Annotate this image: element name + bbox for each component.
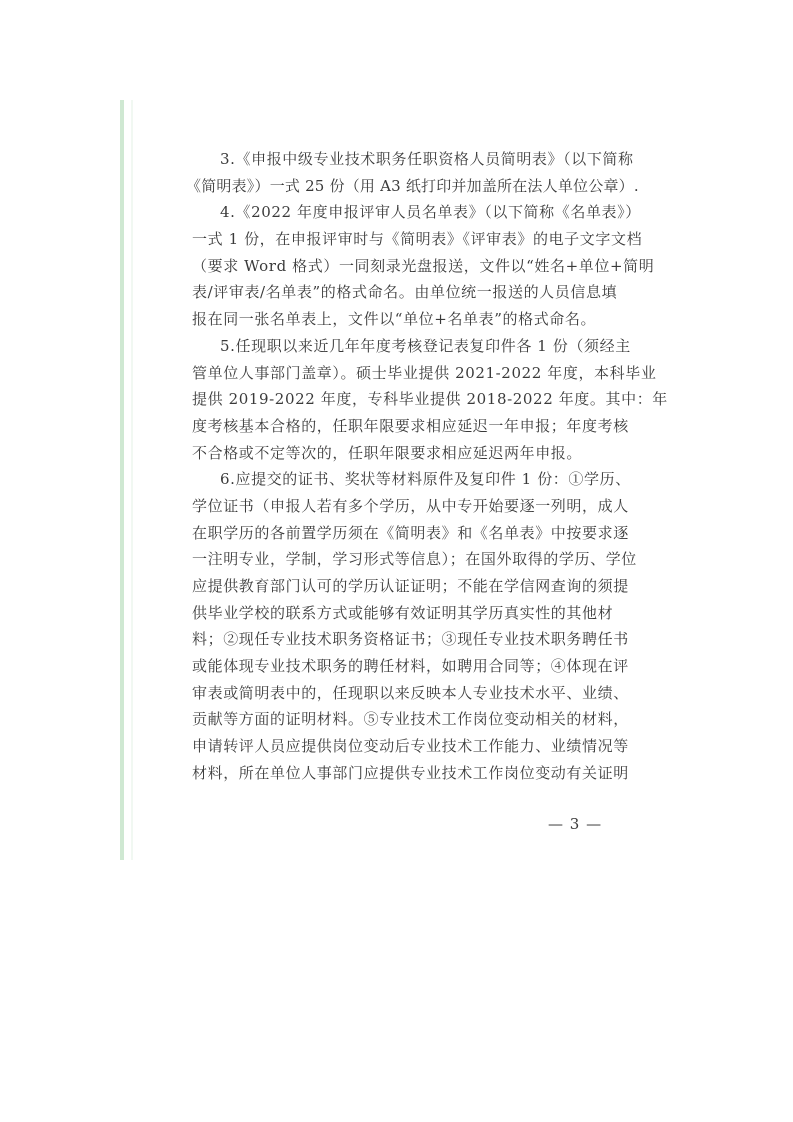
page-number: — 3 — [548,815,602,833]
paragraph-6-line-1: 6.应提交的证书、奖状等材料原件及复印件 1 份：①学历、 [192,466,606,493]
paragraph-6-line-9: 审表或简明表中的，任现职以来反映本人专业技术水平、业绩、 [192,680,606,707]
paragraph-4-line-5: 报在同一张名单表上，文件以“单位+名单表”的格式命名。 [192,306,606,333]
paragraph-6-line-7: 料；②现任专业技术职务资格证书；③现任专业技术职务聘任书 [192,626,606,653]
paragraph-5-line-3: 提供 2019-2022 年度，专科毕业提供 2018-2022 年度。其中：年 [192,386,606,413]
paragraph-5-line-4: 度考核基本合格的，任职年限要求相应延迟一年申报；年度考核 [192,413,606,440]
paragraph-4-line-1: 4.《2022 年度申报评审人员名单表》（以下简称《名单表》） [192,199,606,226]
document-page: 3.《申报中级专业技术职务任职资格人员简明表》（以下简称 《简明表》）一式 25… [0,0,793,1122]
paragraph-5-line-2: 管单位人事部门盖章）。硕士毕业提供 2021-2022 年度，本科毕业 [192,360,606,387]
paragraph-6-line-11: 申请转评人员应提供岗位变动后专业技术工作能力、业绩情况等 [192,733,606,760]
margin-bar [120,100,124,860]
paragraph-5-line-1: 5.任现职以来近几年年度考核登记表复印件各 1 份（须经主 [192,333,606,360]
paragraph-6-line-10: 贡献等方面的证明材料。⑤专业技术工作岗位变动相关的材料， [192,706,606,733]
paragraph-6-line-8: 或能体现专业技术职务的聘任材料，如聘用合同等；④体现在评 [192,653,606,680]
body-text: 3.《申报中级专业技术职务任职资格人员简明表》（以下简称 《简明表》）一式 25… [192,146,606,787]
paragraph-4-line-3: （要求 Word 格式）一同刻录光盘报送，文件以“姓名+单位+简明 [192,253,606,280]
paragraph-6-line-12: 材料，所在单位人事部门应提供专业技术工作岗位变动有关证明 [192,760,606,787]
paragraph-3-line-1: 3.《申报中级专业技术职务任职资格人员简明表》（以下简称 [192,146,606,173]
paragraph-6-line-2: 学位证书（申报人若有多个学历，从中专开始要逐一列明，成人 [192,493,606,520]
paragraph-4-line-4: 表/评审表/名单表”的格式命名。由单位统一报送的人员信息填 [192,279,606,306]
paragraph-6-line-3: 在职学历的各前置学历须在《简明表》和《名单表》中按要求逐 [192,520,606,547]
paragraph-6-line-6: 供毕业学校的联系方式或能够有效证明其学历真实性的其他材 [192,600,606,627]
paragraph-6-line-4: 一注明专业，学制，学习形式等信息）；在国外取得的学历、学位 [192,546,606,573]
paragraph-6-line-5: 应提供教育部门认可的学历认证证明；不能在学信网查询的须提 [192,573,606,600]
paragraph-5-line-5: 不合格或不定等次的，任职年限要求相应延迟两年申报。 [192,440,606,467]
margin-bar-shadow [131,100,133,860]
paragraph-3-line-2: 《简明表》）一式 25 份（用 A3 纸打印并加盖所在法人单位公章）. [186,173,606,200]
paragraph-4-line-2: 一式 1 份，在申报评审时与《简明表》《评审表》的电子文字文档 [192,226,606,253]
